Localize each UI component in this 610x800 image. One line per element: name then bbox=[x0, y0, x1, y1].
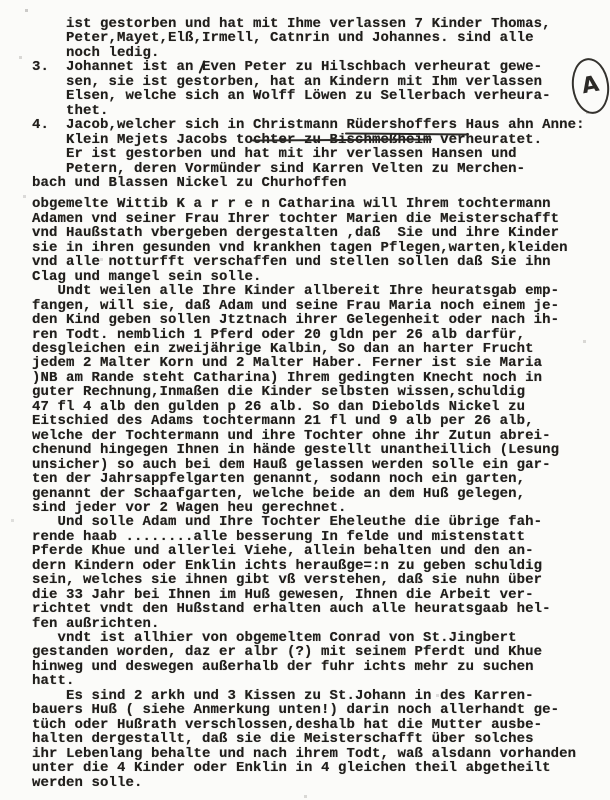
paragraph-fahrende-haab: Und solle Adam und Ihre Tochter Eheleuth… bbox=[32, 515, 610, 631]
paragraph-meisterschafft: obgemelte Wittib K a r r e n Catharina w… bbox=[32, 197, 610, 284]
scan-noise bbox=[0, 0, 1, 1]
paragraph-conrad: vndt ist allhier von obgemeltem Conrad v… bbox=[32, 631, 610, 689]
list-item-3: 3. Johannet ist an Even Peter zu Hilschb… bbox=[32, 60, 610, 118]
paragraph-karrenbauer: Es sind 2 arkh und 3 Kissen zu St.Johann… bbox=[32, 689, 610, 790]
list-item-4: 4. Jacob,welcher sich in Christmann Rüde… bbox=[32, 118, 610, 190]
annotation-letter: A bbox=[580, 71, 601, 99]
document-page: ist gestorben und hat mit Ihme verlassen… bbox=[0, 0, 610, 800]
paragraph-heuratsgab: Undt weilen alle Ihre Kinder allbereit I… bbox=[32, 284, 610, 515]
list-item-2-continuation: ist gestorben und hat mit Ihme verlassen… bbox=[32, 17, 610, 60]
